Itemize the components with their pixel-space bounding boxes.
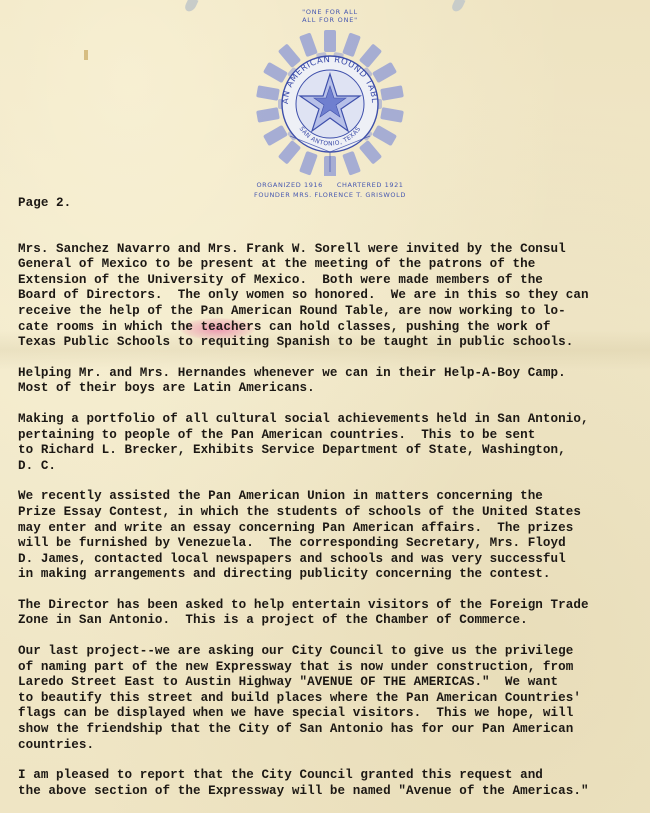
text-line: the above section of the Expressway will… <box>18 784 648 800</box>
text-line: of naming part of the new Expressway tha… <box>18 660 648 676</box>
motto-line: ALL FOR ONE" <box>245 16 415 24</box>
text-line: The Director has been asked to help ente… <box>18 598 648 614</box>
text-line: flags can be displayed when we have spec… <box>18 706 648 722</box>
motto: "ONE FOR ALL ALL FOR ONE" <box>245 8 415 24</box>
text-line: Laredo Street East to Austin Highway "AV… <box>18 675 648 691</box>
text-line: Most of their boys are Latin Americans. <box>18 381 648 397</box>
round-table-seal-icon: PAN AMERICAN ROUND TABLE SAN ANTONIO, TE… <box>250 26 410 176</box>
text-line: to Richard L. Brecker, Exhibits Service … <box>18 443 648 459</box>
chartered-year: CHARTERED 1921 <box>337 181 404 189</box>
paragraph-council-granted: I am pleased to report that the City Cou… <box>18 768 648 799</box>
text-line: Mrs. Sanchez Navarro and Mrs. Frank W. S… <box>18 242 648 258</box>
paragraph-help-a-boy-camp: Helping Mr. and Mrs. Hernandes whenever … <box>18 366 648 397</box>
text-line: cate rooms in which the teachers can hol… <box>18 320 648 336</box>
text-line: pertaining to people of the Pan American… <box>18 428 648 444</box>
text-line: D. C. <box>18 459 648 475</box>
text-line: countries. <box>18 738 648 754</box>
text-line: Zone in San Antonio. This is a project o… <box>18 613 648 629</box>
page-number: Page 2. <box>18 196 648 212</box>
text-line: Making a portfolio of all cultural socia… <box>18 412 648 428</box>
paper-stain <box>84 50 88 60</box>
text-line: show the friendship that the City of San… <box>18 722 648 738</box>
text-line: receive the help of the Pan American Rou… <box>18 304 648 320</box>
text-line: I am pleased to report that the City Cou… <box>18 768 648 784</box>
paragraph-foreign-trade-zone: The Director has been asked to help ente… <box>18 598 648 629</box>
text-line: Our last project--we are asking our City… <box>18 644 648 660</box>
motto-line: "ONE FOR ALL <box>245 8 415 16</box>
organized-year: ORGANIZED 1916 <box>256 181 322 189</box>
paragraph-expressway-project: Our last project--we are asking our City… <box>18 644 648 753</box>
paragraph-essay-contest: We recently assisted the Pan American Un… <box>18 489 648 583</box>
text-line: D. James, contacted local newspapers and… <box>18 552 648 568</box>
text-line: to beautify this street and build places… <box>18 691 648 707</box>
text-line: General of Mexico to be present at the m… <box>18 257 648 273</box>
text-line: Prize Essay Contest, in which the studen… <box>18 505 648 521</box>
text-line: may enter and write an essay concerning … <box>18 521 648 537</box>
text-line: will be furnished by Venezuela. The corr… <box>18 536 648 552</box>
letter-body: Page 2. Mrs. Sanchez Navarro and Mrs. Fr… <box>18 196 648 813</box>
text-line: in making arrangements and directing pub… <box>18 567 648 583</box>
paragraph-navarro-sorell: Mrs. Sanchez Navarro and Mrs. Frank W. S… <box>18 242 648 351</box>
text-line: Extension of the University of Mexico. B… <box>18 273 648 289</box>
text-line: Board of Directors. The only women so ho… <box>18 288 648 304</box>
paragraph-portfolio: Making a portfolio of all cultural socia… <box>18 412 648 474</box>
letterhead: "ONE FOR ALL ALL FOR ONE" <box>245 8 415 200</box>
text-line: We recently assisted the Pan American Un… <box>18 489 648 505</box>
text-line: Helping Mr. and Mrs. Hernandes whenever … <box>18 366 648 382</box>
organized-chartered-line: ORGANIZED 1916CHARTERED 1921 <box>245 180 415 190</box>
text-line: Texas Public Schools to requiting Spanis… <box>18 335 648 351</box>
